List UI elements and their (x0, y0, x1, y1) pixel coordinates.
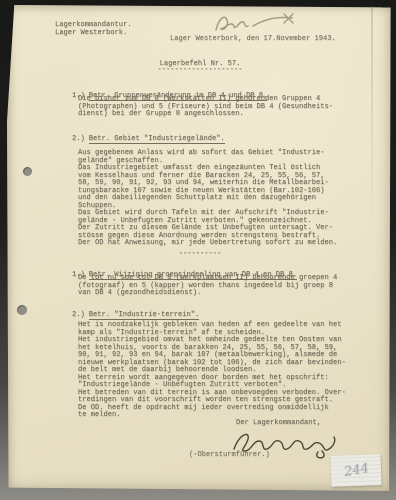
section-heading-german-2: 2.)Betr. Gebiet "Industriegelände". (55, 128, 225, 151)
punch-hole-bottom (17, 305, 27, 315)
language-divider: ---------- (8, 251, 392, 259)
scanned-document-page: Lagerkommandantur. Lager Westerbork. Lag… (0, 0, 396, 500)
archive-sticker: 244 (330, 454, 381, 487)
section-body-german-2: Aus gegebenem Anlass wird ab sofort das … (78, 150, 337, 248)
title-underline: -------------------- (8, 67, 392, 75)
sender-address: Lagerkommandantur. Lager Westerbork. (55, 22, 132, 37)
paper-fold-line (371, 6, 373, 236)
section-body-dutch-1: De tot nu toe tot DB 8 (werkplaatsen II)… (78, 275, 337, 298)
section-number: 2.) (72, 311, 85, 319)
section-heading-text: Betr. Gebiet "Industriegelände". (89, 135, 225, 145)
section-body-dutch-2: Het is noodzakelijk gebleken van heden a… (78, 322, 346, 420)
section-heading-text: Betr. "Industrie-terrein". (89, 311, 200, 321)
section-number: 2.) (72, 135, 85, 143)
punch-hole-top (23, 167, 32, 176)
dateline: Lager Westerbork, den 17.November 1943. (170, 36, 336, 44)
rank-line: (-Obersturmführer.) (189, 452, 270, 460)
pencil-annotation-icon (208, 9, 308, 37)
sticker-number: 244 (342, 461, 369, 480)
section-body-german-1: Die bisher zum DB 8 (Werkstätten II) geh… (78, 96, 333, 119)
